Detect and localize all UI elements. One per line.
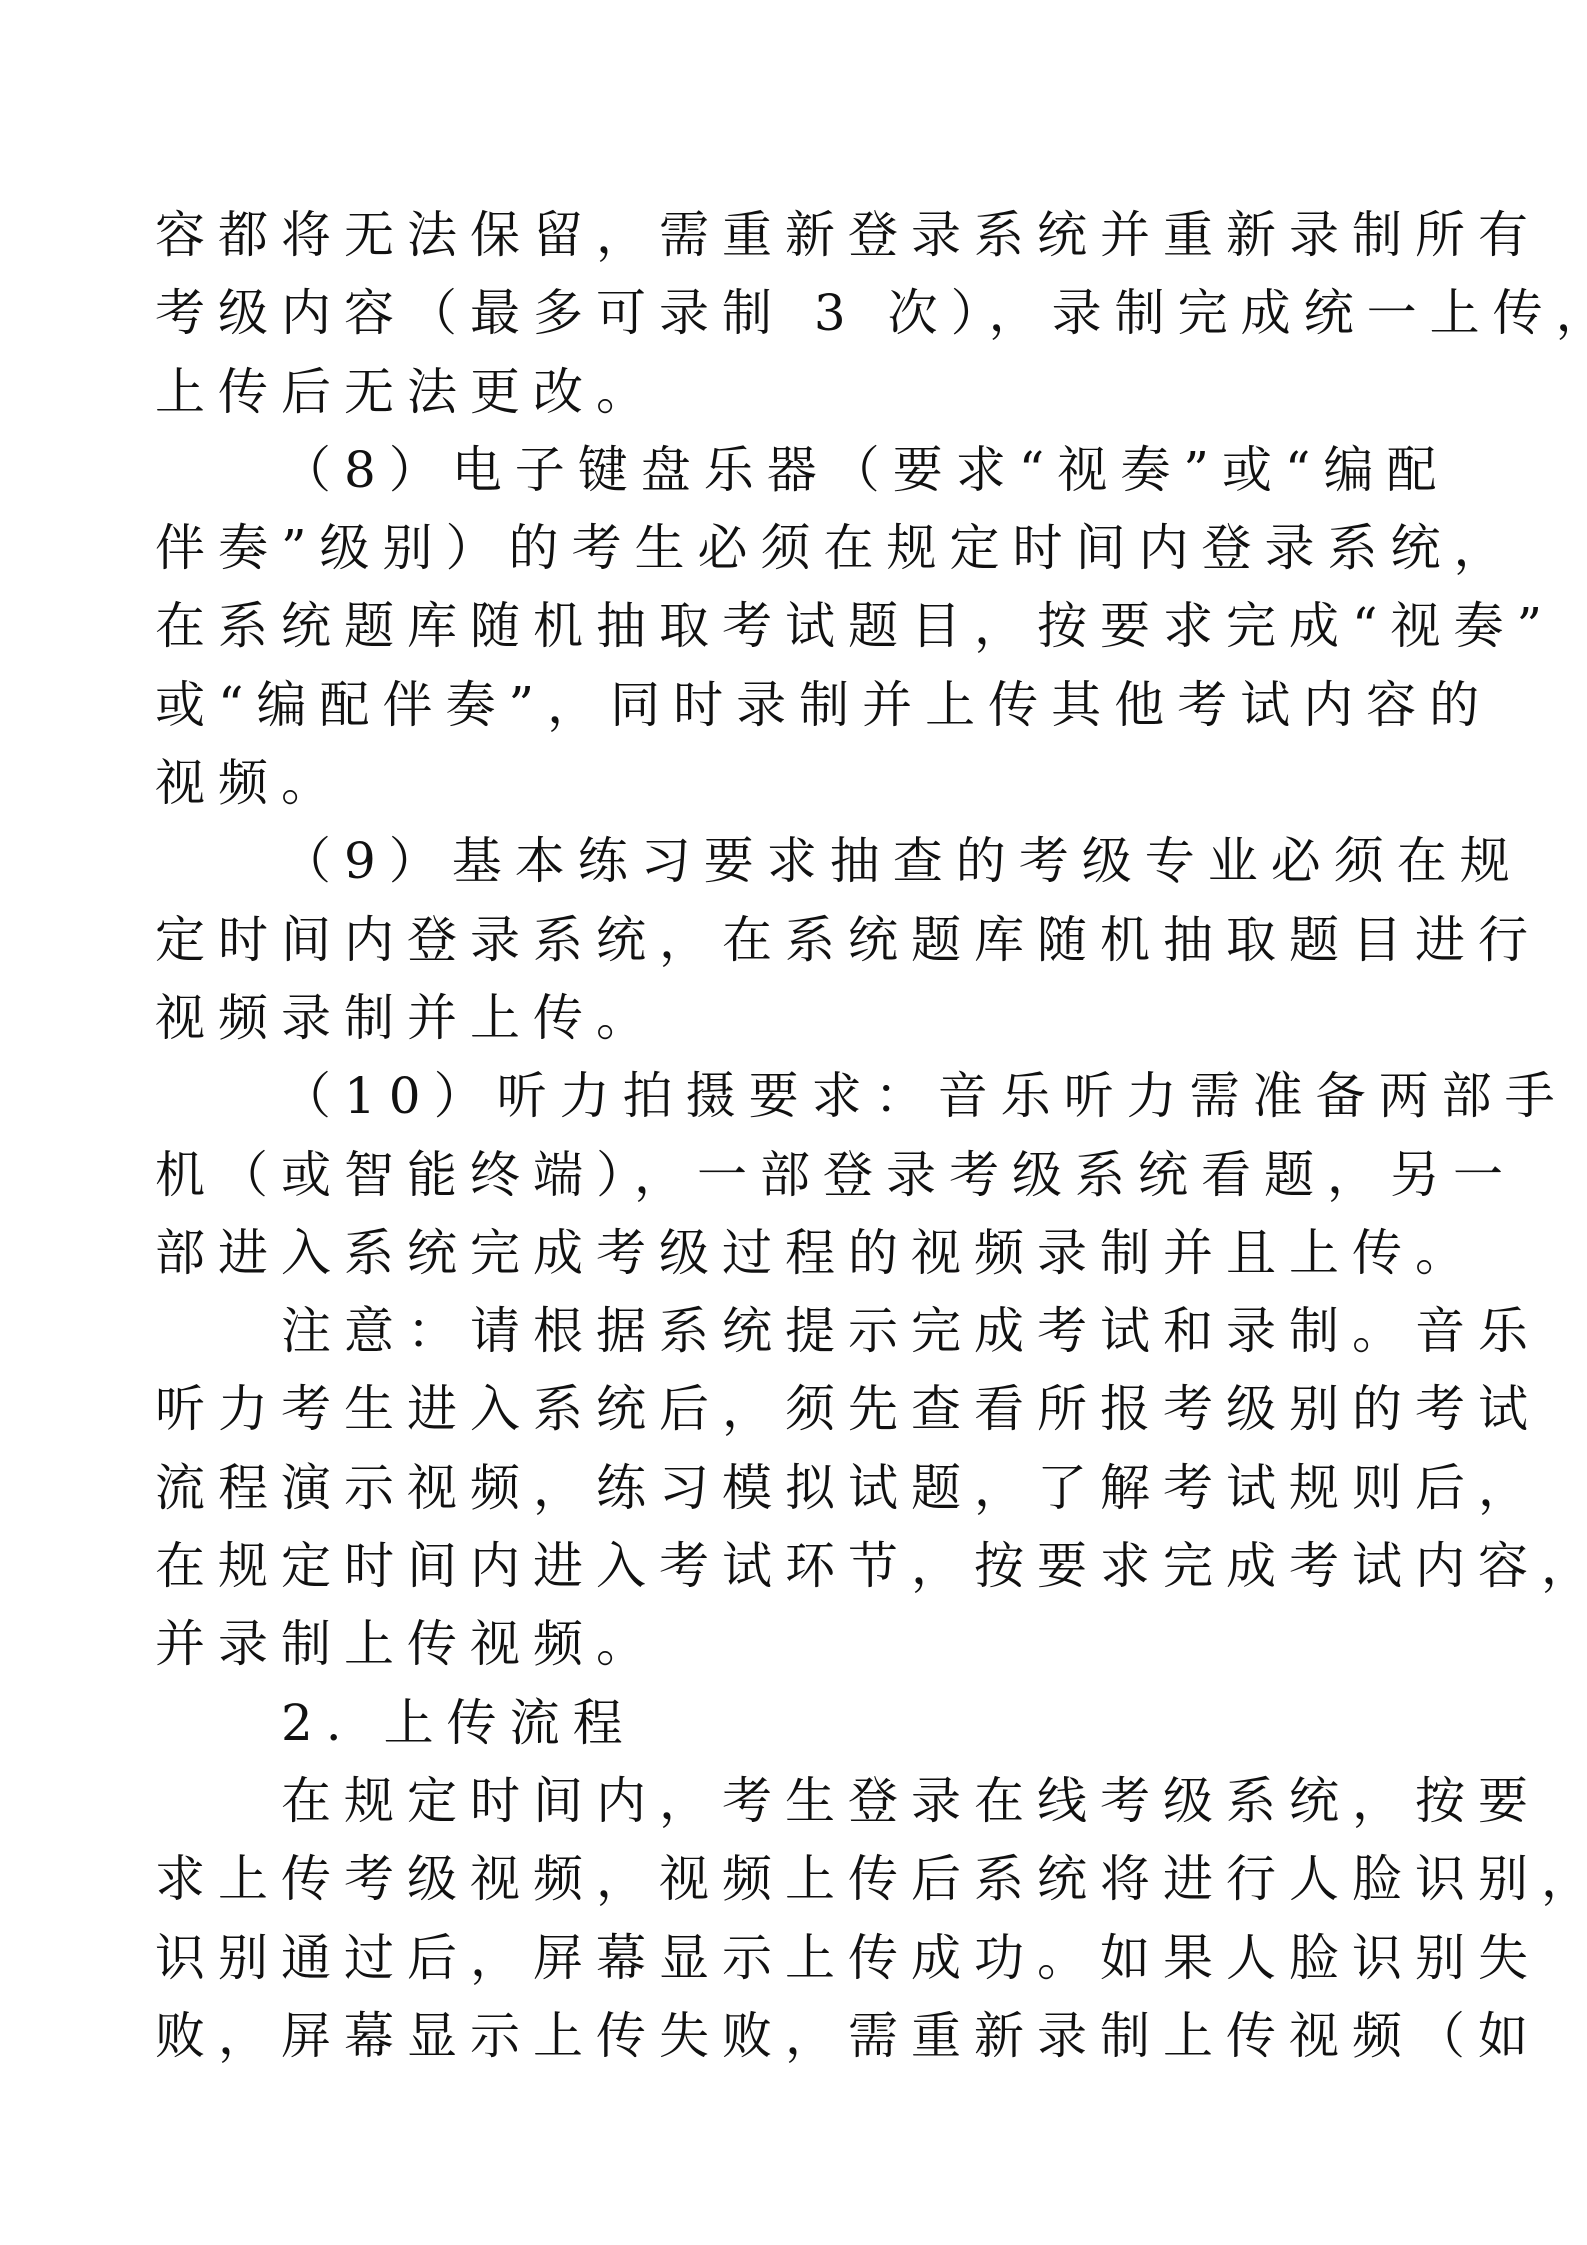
- heading-text: 2. 上传流程: [155, 1684, 1445, 1762]
- text-line: （8）电子键盘乐器（要求“视奏”或“编配: [155, 431, 1445, 509]
- text-line: （9）基本练习要求抽查的考级专业必须在规: [155, 822, 1445, 900]
- text-line: 在规定时间内，考生登录在线考级系统，按要: [155, 1762, 1445, 1840]
- text-line: 上传后无法更改。: [155, 353, 1445, 431]
- paragraph-item-8-electronic-keyboard: （8）电子键盘乐器（要求“视奏”或“编配 伴奏”级别）的考生必须在规定时间内登录…: [155, 431, 1445, 822]
- text-line: 机（或智能终端），一部登录考级系统看题，另一: [155, 1136, 1445, 1214]
- paragraph-recording-continued: 容都将无法保留，需重新登录系统并重新录制所有 考级内容（最多可录制 3 次），录…: [155, 196, 1445, 431]
- text-line: 在系统题库随机抽取考试题目，按要求完成“视奏”: [155, 587, 1445, 665]
- text-line: （10）听力拍摄要求：音乐听力需准备两部手: [155, 1057, 1445, 1135]
- text-line: 部进入系统完成考级过程的视频录制并且上传。: [155, 1214, 1445, 1292]
- paragraph-item-10-listening: （10）听力拍摄要求：音乐听力需准备两部手 机（或智能终端），一部登录考级系统看…: [155, 1057, 1445, 1292]
- text-line: 流程演示视频，练习模拟试题，了解考试规则后，: [155, 1449, 1445, 1527]
- paragraph-upload-process: 在规定时间内，考生登录在线考级系统，按要 求上传考级视频，视频上传后系统将进行人…: [155, 1762, 1445, 2075]
- text-line: 在规定时间内进入考试环节，按要求完成考试内容，: [155, 1527, 1445, 1605]
- text-line: 败，屏幕显示上传失败，需重新录制上传视频（如: [155, 1997, 1445, 2075]
- document-page: 容都将无法保留，需重新登录系统并重新录制所有 考级内容（最多可录制 3 次），录…: [155, 196, 1445, 2075]
- text-line: 定时间内登录系统，在系统题库随机抽取题目进行: [155, 901, 1445, 979]
- text-line: 伴奏”级别）的考生必须在规定时间内登录系统，: [155, 509, 1445, 587]
- text-line: 考级内容（最多可录制 3 次），录制完成统一上传，: [155, 274, 1445, 352]
- paragraph-item-9-basic-practice: （9）基本练习要求抽查的考级专业必须在规 定时间内登录系统，在系统题库随机抽取题…: [155, 822, 1445, 1057]
- text-line: 识别通过后，屏幕显示上传成功。如果人脸识别失: [155, 1919, 1445, 1997]
- text-line: 听力考生进入系统后，须先查看所报考级别的考试: [155, 1370, 1445, 1448]
- text-line: 或“编配伴奏”，同时录制并上传其他考试内容的: [155, 666, 1445, 744]
- text-line: 注意：请根据系统提示完成考试和录制。音乐: [155, 1292, 1445, 1370]
- text-line: 视频录制并上传。: [155, 979, 1445, 1057]
- text-line: 视频。: [155, 744, 1445, 822]
- section-heading-upload-process: 2. 上传流程: [155, 1684, 1445, 1762]
- text-line: 并录制上传视频。: [155, 1605, 1445, 1683]
- text-line: 求上传考级视频，视频上传后系统将进行人脸识别，: [155, 1840, 1445, 1918]
- text-line: 容都将无法保留，需重新登录系统并重新录制所有: [155, 196, 1445, 274]
- paragraph-note: 注意：请根据系统提示完成考试和录制。音乐 听力考生进入系统后，须先查看所报考级别…: [155, 1292, 1445, 1683]
